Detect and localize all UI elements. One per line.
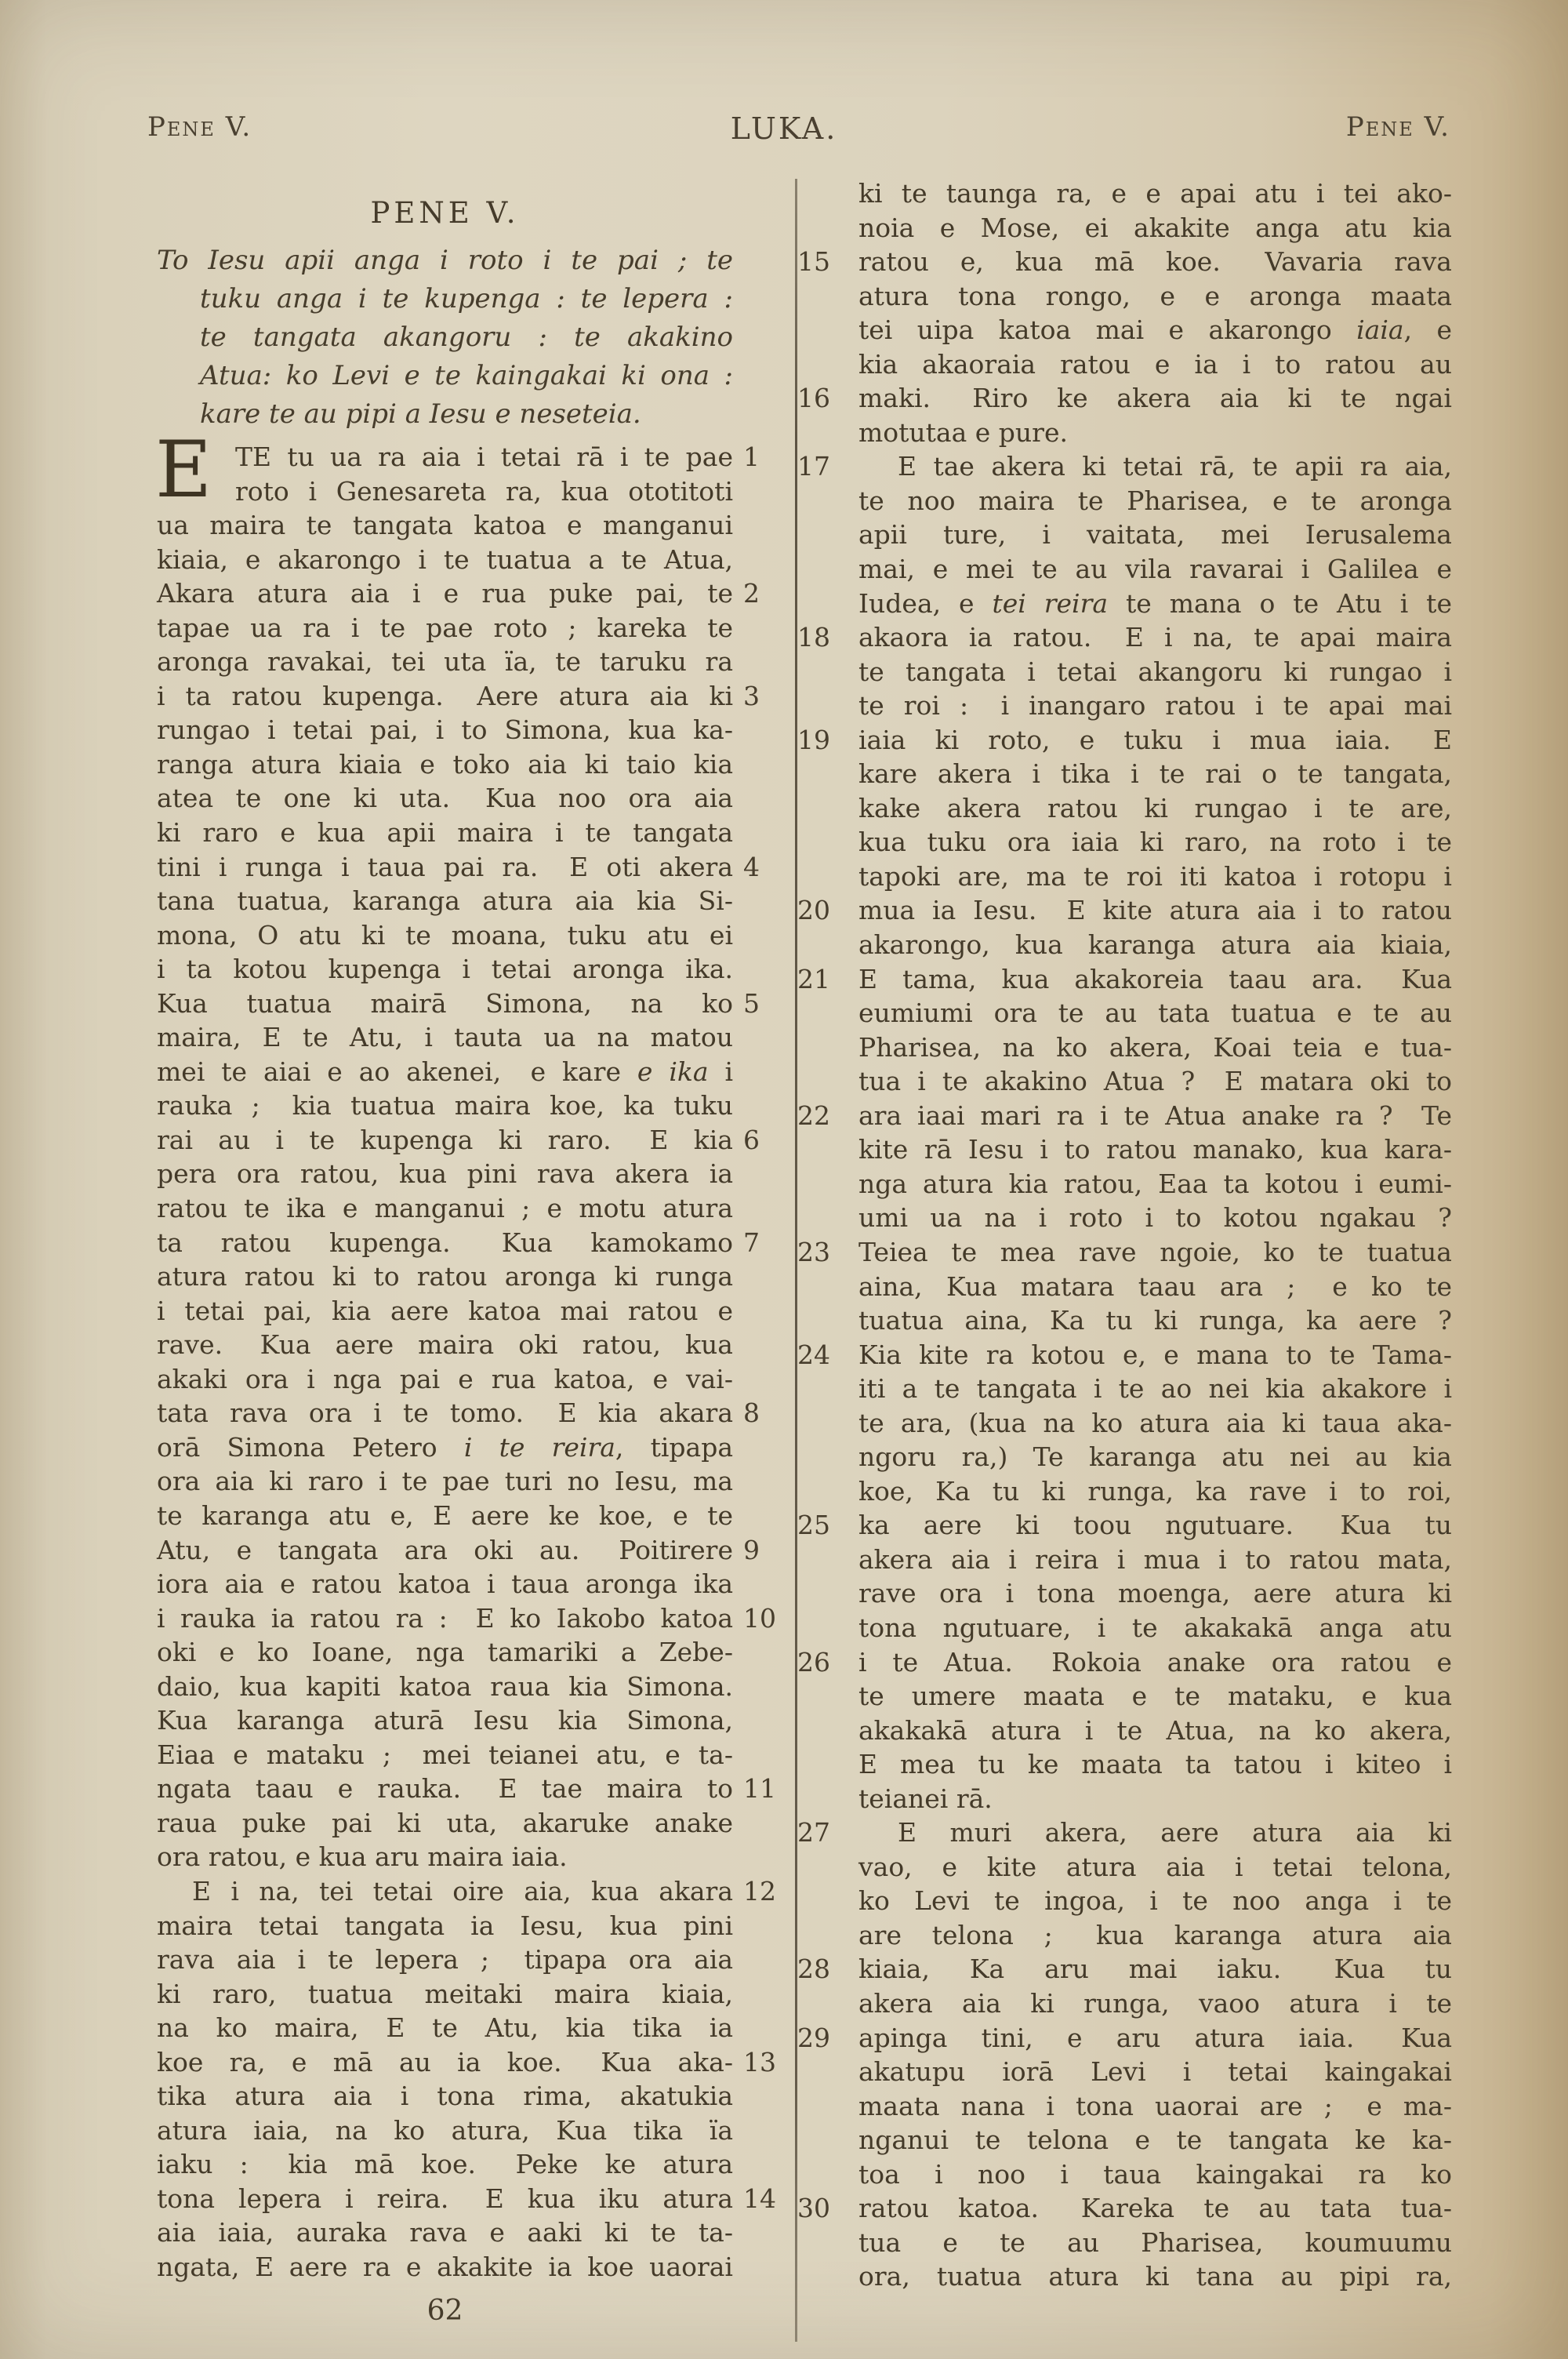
text-line: ta ratou kupenga. Kua kamokamo7 bbox=[157, 1226, 733, 1260]
verse-number: 15 bbox=[797, 245, 846, 279]
text-line: ki raro e kua apii maira i te tangata bbox=[157, 816, 733, 850]
verse-number: 30 bbox=[797, 2191, 846, 2226]
text-line: mua ia Iesu. E kite atura aia i to ratou… bbox=[858, 893, 1452, 928]
text-line: tona lepera i reira. E kua iku atura14 bbox=[157, 2182, 733, 2216]
text-line: TE tu ua ra aia i tetai rā i te pae1 bbox=[157, 440, 733, 474]
page-number: 62 bbox=[157, 2295, 733, 2327]
text-line: apinga tini, e aru atura iaia. Kua29 bbox=[858, 2021, 1452, 2055]
text-line: aia iaia, auraka rava e aaki ki te ta- bbox=[157, 2215, 733, 2250]
text-line: To Iesu apii anga i roto i te pai ; te bbox=[157, 242, 733, 280]
text-line: iaku : kia mā koe. Peke ke atura bbox=[157, 2147, 733, 2182]
text-line: maira tetai tangata ia Iesu, kua pini bbox=[157, 1909, 733, 1943]
text-line: toa i noo i taua kaingakai ra ko bbox=[858, 2157, 1452, 2192]
text-line: tapae ua ra i te pae roto ; kareka te bbox=[157, 611, 733, 645]
book-page: Pene V. LUKA. Pene V. PENE V. To Iesu ap… bbox=[0, 0, 1568, 2359]
text-line: aina, Kua matara taau ara ; e ko te bbox=[858, 1270, 1452, 1304]
text-line: kia akaoraia ratou e ia i to ratou au bbox=[858, 347, 1452, 382]
verse-number: 23 bbox=[797, 1235, 846, 1270]
text-line: tua e te au Pharisea, koumuumu bbox=[858, 2226, 1452, 2260]
text-line: nga atura kia ratou, Eaa ta kotou i eumi… bbox=[858, 1167, 1452, 1201]
text-line: te karanga atu e, E aere ke koe, e te bbox=[157, 1499, 733, 1533]
text-line: te tangata akangoru : te akakino bbox=[157, 318, 733, 357]
text-line: ratou e, kua mā koe. Vavaria rava15 bbox=[858, 245, 1452, 279]
text-line: koe, Ka tu ki runga, ka rave i to roi, bbox=[858, 1474, 1452, 1509]
text-line: tuatua aina, Ka tu ki runga, ka aere ? bbox=[858, 1303, 1452, 1338]
text-line: i tetai pai, kia aere katoa mai ratou e bbox=[157, 1294, 733, 1329]
text-line: pera ora ratou, kua pini rava akera ia bbox=[157, 1157, 733, 1191]
text-line: ranga atura kiaia e toko aia ki taio kia bbox=[157, 747, 733, 782]
text-line: na ko maira, E te Atu, kia tika ia bbox=[157, 2011, 733, 2045]
text-line: apii ture, i vaitata, mei Ierusalema bbox=[858, 518, 1452, 552]
text-line: akakakā atura i te Atua, na ko akera, bbox=[858, 1714, 1452, 1748]
text-line: ratou te ika e manganui ; e motu atura bbox=[157, 1191, 733, 1226]
verse-number: 27 bbox=[797, 1816, 846, 1850]
text-line: E mea tu ke maata ta tatou i kiteo i bbox=[858, 1747, 1452, 1782]
verse-number: 26 bbox=[797, 1645, 846, 1680]
text-line: rave ora i tona moenga, aere atura ki bbox=[858, 1576, 1452, 1611]
text-line: daio, kua kapiti katoa raua kia Simona. bbox=[157, 1670, 733, 1704]
text-line: akarongo, kua karanga atura aia kiaia, bbox=[858, 928, 1452, 962]
text-line: ngata taau e rauka. E tae maira to11 bbox=[157, 1772, 733, 1806]
text-line: iti a te tangata i te ao nei kia akakore… bbox=[858, 1372, 1452, 1406]
verse-number: 25 bbox=[797, 1508, 846, 1543]
text-line: tika atura aia i tona rima, akatukia bbox=[157, 2079, 733, 2114]
text-line: te roi : i inangaro ratou i te apai mai bbox=[858, 689, 1452, 723]
text-line: E i na, tei tetai oire aia, kua akara12 bbox=[157, 1874, 733, 1909]
text-line: tini i runga i taua pai ra. E oti akera4 bbox=[157, 850, 733, 885]
text-line: ko Levi te ingoa, i te noo anga i te bbox=[858, 1884, 1452, 1918]
text-line: maira, E te Atu, i tauta ua na matou bbox=[157, 1020, 733, 1055]
text-line: atura tona rongo, e e aronga maata bbox=[858, 279, 1452, 314]
text-line: kiaia, e akarongo i te tuatua a te Atua, bbox=[157, 543, 733, 577]
text-line: akera aia i reira i mua i to ratou mata, bbox=[858, 1543, 1452, 1577]
text-line: teianei rā. bbox=[858, 1782, 1452, 1816]
text-line: ngata, E aere ra e akakite ia koe uaorai bbox=[157, 2250, 733, 2284]
text-line: rava aia i te lepera ; tipapa ora aia bbox=[157, 1943, 733, 1977]
text-line: Kua karanga aturā Iesu kia Simona, bbox=[157, 1703, 733, 1738]
verse-number: 18 bbox=[797, 620, 846, 655]
text-line: te noo maira te Pharisea, e te aronga bbox=[858, 484, 1452, 518]
text-line: kua tuku ora iaia ki raro, na roto i te bbox=[858, 825, 1452, 860]
text-line: kare akera i tika i te rai o te tangata, bbox=[858, 757, 1452, 791]
text-line: i te Atua. Rokoia anake ora ratou e26 bbox=[858, 1645, 1452, 1680]
text-line: rungao i tetai pai, i to Simona, kua ka- bbox=[157, 713, 733, 747]
text-line: are telona ; kua karanga atura aia bbox=[858, 1918, 1452, 1953]
verse-number: 20 bbox=[797, 893, 846, 928]
verse-number: 22 bbox=[797, 1099, 846, 1133]
text-line: maki. Riro ke akera aia ki te ngai16 bbox=[858, 381, 1452, 416]
text-line: ratou katoa. Kareka te au tata tua-30 bbox=[858, 2191, 1452, 2226]
text-line: atura ratou ki to ratou aronga ki runga bbox=[157, 1259, 733, 1294]
text-line: rave. Kua aere maira oki ratou, kua bbox=[157, 1328, 733, 1362]
text-line: tana tuatua, karanga atura aia kia Si- bbox=[157, 884, 733, 918]
text-line: tua i te akakino Atua ? E matara oki to bbox=[858, 1064, 1452, 1099]
text-line: E tae akera ki tetai rā, te apii ra aia,… bbox=[858, 449, 1452, 484]
text-line: ka aere ki toou ngutuare. Kua tu25 bbox=[858, 1508, 1452, 1543]
text-line: eumiumi ora te au tata tuatua e te au bbox=[858, 996, 1452, 1030]
text-line: nganui te telona e te tangata ke ka- bbox=[858, 2123, 1452, 2157]
text-line: kare te au pipi a Iesu e neseteia. bbox=[157, 395, 733, 434]
text-line: tuku anga i te kupenga : te lepera : bbox=[157, 280, 733, 318]
verse-number: 21 bbox=[797, 962, 846, 997]
text-line: Pharisea, na ko akera, Koai teia e tua- bbox=[858, 1030, 1452, 1065]
text-line: maata nana i tona uaorai are ; e ma- bbox=[858, 2089, 1452, 2124]
text-line: Atu, e tangata ara oki au. Poitirere9 bbox=[157, 1533, 733, 1568]
text-line: tei uipa katoa mai e akarongo iaia, e bbox=[858, 313, 1452, 347]
text-line: ora ratou, e kua aru maira iaia. bbox=[157, 1840, 733, 1874]
text-line: koe ra, e mā au ia koe. Kua aka-13 bbox=[157, 2045, 733, 2080]
text-line: akaora ia ratou. E i na, te apai maira18 bbox=[858, 620, 1452, 655]
text-line: Akara atura aia i e rua puke pai, te2 bbox=[157, 576, 733, 611]
text-line: akatupu iorā Levi i tetai kaingakai bbox=[858, 2055, 1452, 2089]
text-line: kake akera ratou ki rungao i te are, bbox=[858, 791, 1452, 826]
text-line: E muri akera, aere atura aia ki27 bbox=[858, 1816, 1452, 1850]
text-line: Eiaa e mataku ; mei teianei atu, e ta- bbox=[157, 1738, 733, 1772]
text-line: i ta ratou kupenga. Aere atura aia ki3 bbox=[157, 679, 733, 714]
text-line: iora aia e ratou katoa i taua aronga ika bbox=[157, 1567, 733, 1601]
verse-number: 28 bbox=[797, 1952, 846, 1986]
verse-number: 19 bbox=[797, 723, 846, 758]
right-column: ki te taunga ra, e e apai atu i tei ako-… bbox=[858, 176, 1452, 2294]
text-line: ngoru ra,) Te karanga atu nei au kia bbox=[858, 1440, 1452, 1474]
text-line: kite rā Iesu i to ratou manako, kua kara… bbox=[858, 1132, 1452, 1167]
text-line: motutaa e pure. bbox=[858, 416, 1452, 450]
text-line: iaia ki roto, e tuku i mua iaia. E19 bbox=[858, 723, 1452, 758]
text-line: Atua: ko Levi e te kaingakai ki ona : bbox=[157, 357, 733, 395]
verse-number: 24 bbox=[797, 1338, 846, 1372]
text-line: mai, e mei te au vila ravarai i Galilea … bbox=[858, 552, 1452, 587]
text-line: raua puke pai ki uta, akaruke anake bbox=[157, 1806, 733, 1841]
text-line: ora aia ki raro i te pae turi no Iesu, m… bbox=[157, 1464, 733, 1499]
text-line: Teiea te mea rave ngoie, ko te tuatua23 bbox=[858, 1235, 1452, 1270]
text-line: umi ua na i roto i to kotou ngakau ? bbox=[858, 1201, 1452, 1235]
text-line: te umere maata e te mataku, e kua bbox=[858, 1679, 1452, 1714]
text-line: oki e ko Ioane, nga tamariki a Zebe- bbox=[157, 1635, 733, 1670]
text-line: tona ngutuare, i te akakakā anga atu bbox=[858, 1611, 1452, 1645]
text-line: te tangata i tetai akangoru ki rungao i bbox=[858, 655, 1452, 689]
text-line: Kia kite ra kotou e, e mana to te Tama-2… bbox=[858, 1338, 1452, 1372]
text-line: ua maira te tangata katoa e manganui bbox=[157, 508, 733, 543]
text-line: Iudea, e tei reira te mana o te Atu i te bbox=[858, 587, 1452, 621]
running-header-right: Pene V. bbox=[1223, 111, 1450, 143]
text-line: kiaia, Ka aru mai iaku. Kua tu28 bbox=[858, 1952, 1452, 1986]
text-line: mei te aiai e ao akenei, e kare e ika i bbox=[157, 1055, 733, 1089]
text-line: ki te taunga ra, e e apai atu i tei ako- bbox=[858, 176, 1452, 211]
text-line: tapoki are, ma te roi iti katoa i rotopu… bbox=[858, 860, 1452, 894]
text-line: ara iaai mari ra i te Atua anake ra ? Te… bbox=[858, 1099, 1452, 1133]
text-line: roto i Genesareta ra, kua ototitoti bbox=[157, 474, 733, 509]
text-line: akaki ora i nga pai e rua katoa, e vai- bbox=[157, 1362, 733, 1397]
chapter-heading: PENE V. bbox=[157, 196, 733, 230]
text-line: Kua tuatua mairā Simona, na ko5 bbox=[157, 987, 733, 1021]
left-column: TE tu ua ra aia i tetai rā i te pae1roto… bbox=[157, 440, 733, 2284]
text-line: akera aia ki runga, vaoo atura i te bbox=[858, 1986, 1452, 2021]
text-line: atea te one ki uta. Kua noo ora aia bbox=[157, 781, 733, 816]
verse-number: 16 bbox=[797, 381, 846, 416]
text-line: ki raro, tuatua meitaki maira kiaia, bbox=[157, 1977, 733, 2012]
text-line: orā Simona Petero i te reira, tipapa bbox=[157, 1430, 733, 1465]
text-line: noia e Mose, ei akakite anga atu kia bbox=[858, 211, 1452, 245]
text-line: atura iaia, na ko atura, Kua tika ïa bbox=[157, 2114, 733, 2148]
verse-number: 29 bbox=[797, 2021, 846, 2055]
text-line: rauka ; kia tuatua maira koe, ka tuku bbox=[157, 1089, 733, 1123]
text-line: rai au i te kupenga ki raro. E kia6 bbox=[157, 1123, 733, 1158]
text-line: mona, O atu ki te moana, tuku atu ei bbox=[157, 918, 733, 953]
text-line: te ara, (kua na ko atura aia ki taua aka… bbox=[858, 1406, 1452, 1441]
text-line: vao, e kite atura aia i tetai telona, bbox=[858, 1850, 1452, 1885]
chapter-summary: To Iesu apii anga i roto i te pai ; tetu… bbox=[157, 242, 733, 434]
text-line: aronga ravakai, tei uta ïa, te taruku ra bbox=[157, 645, 733, 679]
verse-number: 17 bbox=[797, 449, 846, 484]
text-line: ora, tuatua atura ki tana au pipi ra, bbox=[858, 2259, 1452, 2294]
text-line: tata rava ora i te tomo. E kia akara8 bbox=[157, 1396, 733, 1430]
text-line: i ta kotou kupenga i tetai aronga ika. bbox=[157, 952, 733, 987]
text-line: E tama, kua akakoreia taau ara. Kua21 bbox=[858, 962, 1452, 997]
text-line: i rauka ia ratou ra : E ko Iakobo katoa1… bbox=[157, 1601, 733, 1636]
